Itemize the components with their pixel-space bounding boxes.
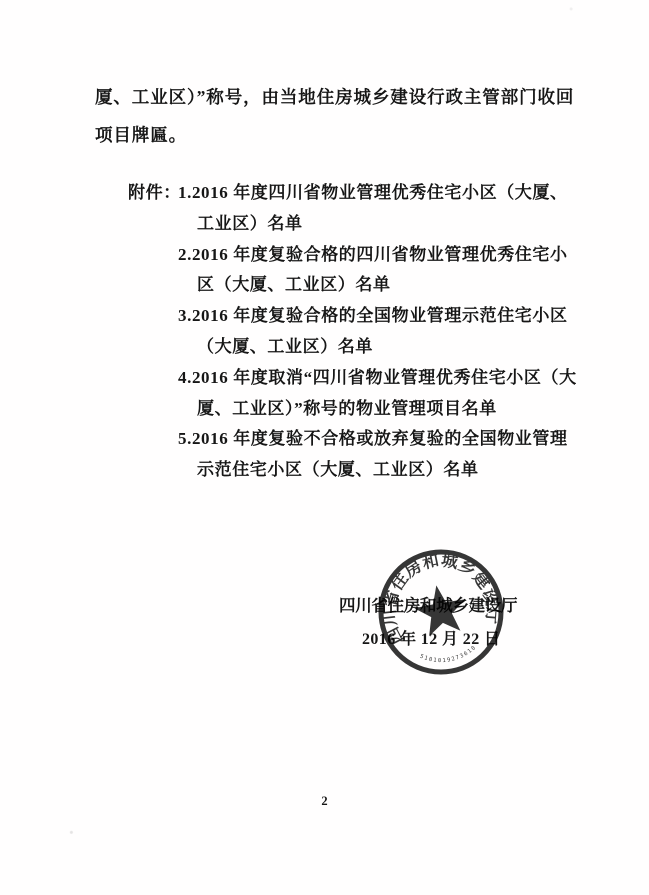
official-seal: 四川省住房和城乡建设厅 5101019273610 — [354, 525, 528, 699]
attachment-line: 4.2016 年度取消“四川省物业管理优秀住宅小区（大 — [178, 363, 598, 394]
attachment-line: 厦、工业区）”称号的物业管理项目名单 — [197, 394, 598, 425]
attachment-line: 5.2016 年度复验不合格或放弃复验的全国物业管理 — [178, 424, 598, 455]
star-icon — [411, 581, 470, 638]
body-paragraph: 厦、工业区）”称号，由当地住房城乡建设行政主管部门收回 项目牌匾。 — [95, 78, 570, 154]
attachments-list: 附件： 1.2016 年度四川省物业管理优秀住宅小区（大厦、 工业区）名单 2.… — [128, 178, 598, 486]
attachment-line-text: 1.2016 年度四川省物业管理优秀住宅小区（大厦、 — [178, 178, 568, 209]
scanned-document-page: 厦、工业区）”称号，由当地住房城乡建设行政主管部门收回 项目牌匾。 附件： 1.… — [0, 0, 649, 895]
body-line: 厦、工业区）”称号，由当地住房城乡建设行政主管部门收回 — [95, 78, 570, 116]
attachment-line: 附件： 1.2016 年度四川省物业管理优秀住宅小区（大厦、 — [128, 178, 598, 209]
page-number: 2 — [0, 794, 649, 809]
attachment-line: 区（大厦、工业区）名单 — [197, 270, 598, 301]
attachment-line: 工业区）名单 — [197, 209, 598, 240]
attachment-line: 2.2016 年度复验合格的四川省物业管理优秀住宅小 — [178, 240, 598, 271]
attachment-line: （大厦、工业区）名单 — [197, 332, 598, 363]
attachment-line: 3.2016 年度复验合格的全国物业管理示范住宅小区 — [178, 301, 598, 332]
body-line: 项目牌匾。 — [95, 116, 570, 154]
attachment-line: 示范住宅小区（大厦、工业区）名单 — [197, 455, 598, 486]
attachments-label: 附件： — [128, 178, 178, 209]
